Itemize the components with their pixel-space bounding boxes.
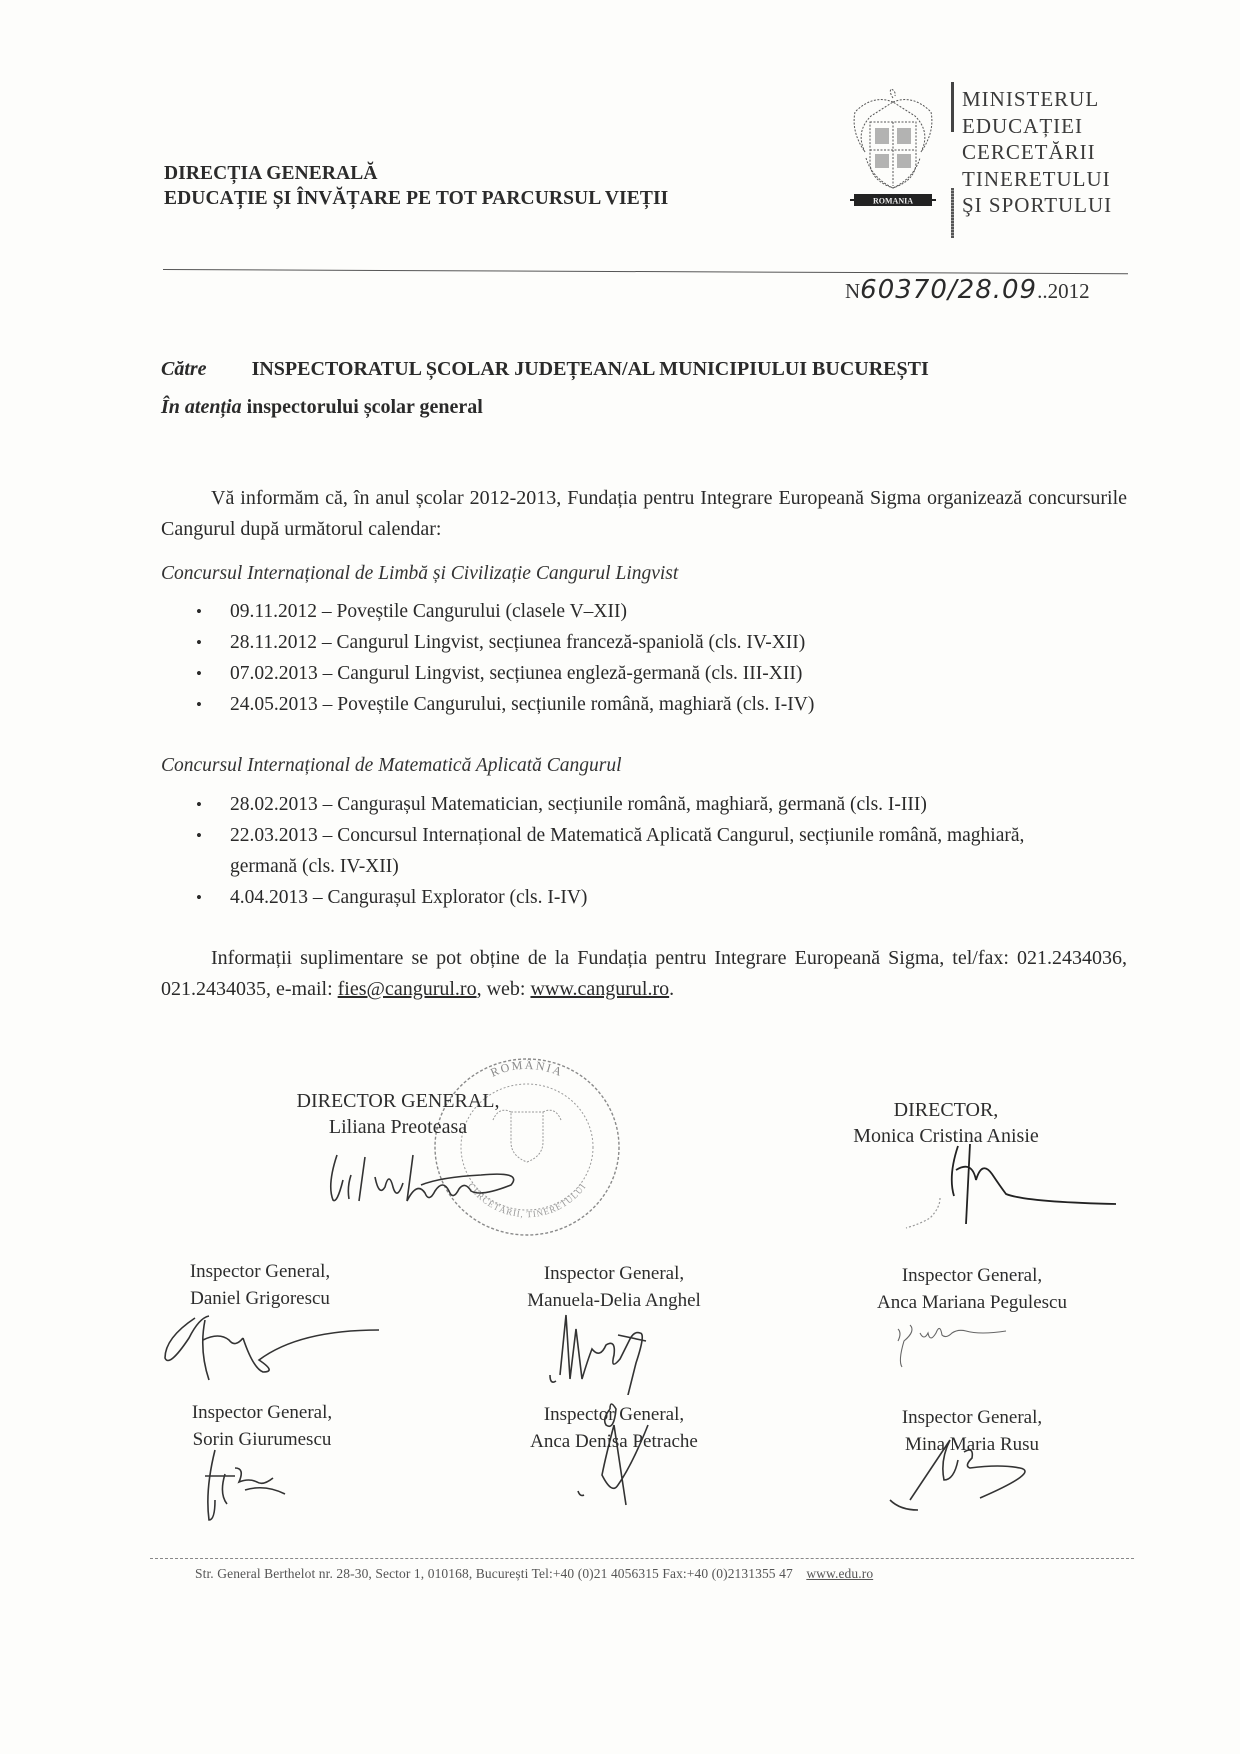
list-item: 24.05.2013 – Poveștile Cangurului, secți… (196, 689, 1050, 720)
signatory-inspector: Inspector General, Anca Mariana Pegulesc… (842, 1262, 1102, 1316)
signatory-inspector: Inspector General, Mina Maria Rusu (842, 1404, 1102, 1458)
signatory-role: DIRECTOR GENERAL, (263, 1088, 533, 1114)
official-stamp: ROMÂNIA CERCETĂRII, TINERETULUI (427, 1052, 627, 1242)
signatory-name: Sorin Giurumescu (132, 1426, 392, 1453)
signatory-name: Daniel Grigorescu (130, 1285, 390, 1312)
attention-label: În atenția (161, 396, 242, 418)
contact-email-link[interactable]: fies@cangurul.ro (338, 978, 477, 1000)
list-item: 4.04.2013 – Cangurașul Explorator (cls. … (196, 882, 1050, 913)
attention-value: inspectorului școlar general (247, 396, 483, 418)
svg-text:ROMÂNIA: ROMÂNIA (488, 1058, 565, 1080)
signatory-inspector: Inspector General, Sorin Giurumescu (132, 1399, 392, 1453)
romania-coat-of-arms-icon: ROMANIA (848, 88, 938, 220)
header-divider-top (951, 82, 954, 132)
contact-text: . (669, 978, 674, 1000)
matematica-calendar-list: 28.02.2013 – Cangurașul Matematician, se… (196, 789, 1050, 913)
ministry-line: ŞI SPORTULUI (962, 192, 1112, 219)
footer-rule (150, 1558, 1134, 1559)
signatory-name: Anca Mariana Pegulescu (842, 1289, 1102, 1316)
signatory-role: Inspector General, (484, 1260, 744, 1287)
footer-address: Str. General Berthelot nr. 28-30, Sector… (195, 1566, 793, 1581)
signatory-role: Inspector General, (484, 1401, 744, 1428)
registration-handwritten-number: 60370 (860, 275, 948, 305)
list-item: 09.11.2012 – Poveștile Cangurului (clase… (196, 596, 1050, 627)
ministry-line: CERCETĂRII (962, 139, 1112, 166)
department-line-1: DIRECȚIA GENERALĂ (164, 161, 668, 186)
signature-inspector (155, 1310, 435, 1390)
signatory-name: Mina Maria Rusu (842, 1431, 1102, 1458)
footer-website-link[interactable]: www.edu.ro (806, 1566, 873, 1581)
registration-number: N60370/28.09..2012 (845, 275, 1090, 305)
signature-inspector (185, 1440, 305, 1530)
ministry-line: TINERETULUI (962, 166, 1112, 193)
signatory-inspector: Inspector General, Anca Denisa Petrache (484, 1401, 744, 1455)
signatory-role: Inspector General, (132, 1399, 392, 1426)
addressee-label: Către (161, 358, 207, 380)
signatory-name: Manuela-Delia Anghel (484, 1287, 744, 1314)
signatory-name: Anca Denisa Petrache (484, 1428, 744, 1455)
registration-handwritten-date: 28.09 (958, 275, 1037, 305)
list-item: 07.02.2013 – Cangurul Lingvist, secțiune… (196, 658, 1050, 689)
signature-inspector (890, 1315, 1030, 1375)
contact-web-link[interactable]: www.cangurul.ro (530, 978, 669, 1000)
lingvist-calendar-list: 09.11.2012 – Poveștile Cangurului (clase… (196, 596, 1050, 720)
signatory-name: Monica Cristina Anisie (826, 1123, 1066, 1149)
signatory-role: Inspector General, (842, 1404, 1102, 1431)
signatory-name: Liliana Preoteasa (263, 1114, 533, 1140)
signatory-inspector: Inspector General, Daniel Grigorescu (130, 1258, 390, 1312)
addressee-value: INSPECTORATUL ȘCOLAR JUDEȚEAN/AL MUNICIP… (252, 358, 929, 380)
signatory-director-general: DIRECTOR GENERAL, Liliana Preoteasa (263, 1088, 533, 1140)
signature-inspector (540, 1305, 720, 1395)
signatory-director: DIRECTOR, Monica Cristina Anisie (826, 1097, 1066, 1149)
header-divider-bottom (951, 188, 954, 238)
ministry-line: EDUCAȚIEI (962, 113, 1112, 140)
ministry-line: MINISTERUL (962, 86, 1112, 113)
list-item: 28.02.2013 – Cangurașul Matematician, se… (196, 789, 1050, 820)
registration-prefix: N (845, 279, 860, 303)
department-heading: DIRECȚIA GENERALĂ EDUCAȚIE ȘI ÎNVĂȚARE P… (164, 161, 668, 211)
signature-director (880, 1140, 1120, 1230)
signatory-role: DIRECTOR, (826, 1097, 1066, 1123)
addressee-line: Către INSPECTORATUL ȘCOLAR JUDEȚEAN/AL M… (161, 358, 929, 381)
signatory-role: Inspector General, (842, 1262, 1102, 1289)
list-item: 28.11.2012 – Cangurul Lingvist, secțiune… (196, 627, 1050, 658)
section-title-lingvist: Concursul Internațional de Limbă și Civi… (161, 563, 678, 585)
department-line-2: EDUCAȚIE ȘI ÎNVĂȚARE PE TOT PARCURSUL VI… (164, 186, 668, 211)
contact-text: , web: (477, 978, 531, 1000)
section-title-matematica: Concursul Internațional de Matematică Ap… (161, 755, 622, 777)
attention-line: În atenția inspectorului școlar general (161, 396, 483, 419)
signatory-inspector: Inspector General, Manuela-Delia Anghel (484, 1260, 744, 1314)
svg-text:ROMANIA: ROMANIA (873, 197, 913, 206)
intro-paragraph: Vă informăm că, în anul școlar 2012-2013… (161, 483, 1127, 545)
svg-text:CERCETĂRII, TINERETULUI: CERCETĂRII, TINERETULUI (466, 1181, 588, 1219)
header-rule (163, 269, 1128, 274)
footer: Str. General Berthelot nr. 28-30, Sector… (195, 1566, 873, 1582)
list-item: 22.03.2013 – Concursul Internațional de … (196, 820, 1050, 882)
registration-year: ..2012 (1037, 279, 1090, 303)
contact-paragraph: Informații suplimentare se pot obține de… (161, 943, 1127, 1005)
ministry-name: MINISTERUL EDUCAȚIEI CERCETĂRII TINERETU… (962, 86, 1112, 219)
signatory-role: Inspector General, (130, 1258, 390, 1285)
